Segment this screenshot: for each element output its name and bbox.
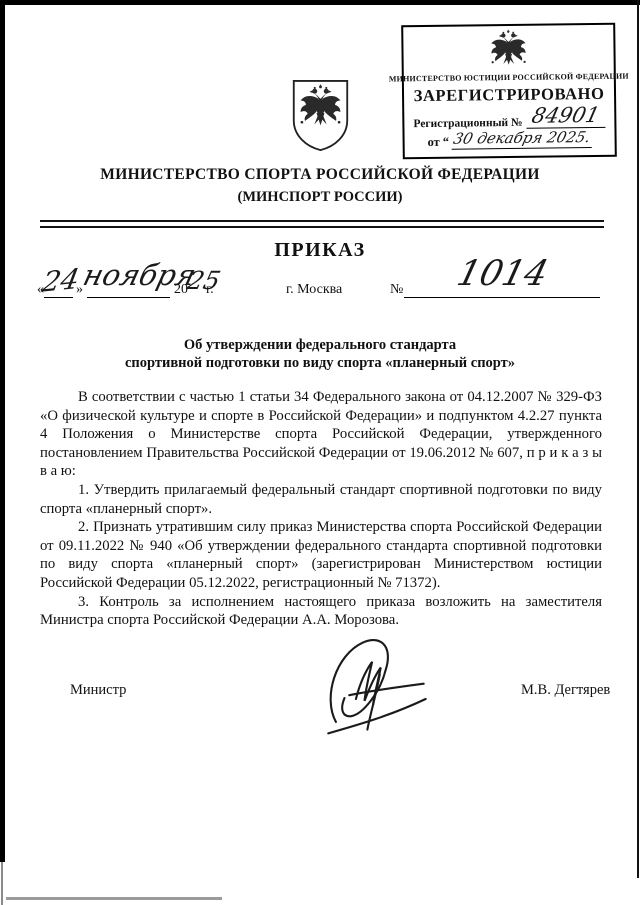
- stamp-date-label: от “: [427, 135, 449, 150]
- body-item-2: 2. Признать утратившим силу приказ Минис…: [40, 518, 602, 592]
- order-body: В соответствии с частью 1 статьи 34 Феде…: [40, 388, 602, 630]
- ministry-name: МИНИСТЕРСТВО СПОРТА РОССИЙСКОЙ ФЕДЕРАЦИИ: [0, 166, 640, 184]
- header-divider: [40, 220, 604, 228]
- body-item-1: 1. Утвердить прилагаемый федеральный ста…: [40, 481, 602, 518]
- stamp-agency-name: МИНИСТЕРСТВО ЮСТИЦИИ РОССИЙСКОЙ ФЕДЕРАЦИ…: [389, 72, 629, 84]
- justice-registration-stamp: МИНИСТЕРСТВО ЮСТИЦИИ РОССИЙСКОЙ ФЕДЕРАЦИ…: [401, 23, 617, 160]
- place-city: г. Москва: [286, 282, 342, 298]
- scan-edge-right: [637, 0, 639, 878]
- year-suffix: г.: [206, 282, 214, 298]
- order-subject-line2: спортивной подготовки по виду спорта «пл…: [0, 355, 640, 373]
- ministry-short-name: (МИНСПОРТ РОССИИ): [0, 189, 640, 206]
- document-page: МИНИСТЕРСТВО ЮСТИЦИИ РОССИЙСКОЙ ФЕДЕРАЦИ…: [0, 0, 640, 905]
- scan-edge-bottom: [6, 897, 222, 900]
- order-subject-line1: Об утверждении федерального стандарта: [0, 337, 640, 355]
- scan-edge-left: [0, 0, 5, 862]
- russia-coat-of-arms-icon: [291, 78, 350, 159]
- stamp-date-handwritten: 30 декабря 2025.: [451, 130, 591, 147]
- year-handwritten: 25: [184, 266, 223, 295]
- body-item-3: 3. Контроль за исполнением настоящего пр…: [40, 593, 602, 630]
- stamp-reg-number-handwritten: 84901: [530, 106, 601, 125]
- scan-edge-left-tail: [1, 862, 3, 905]
- justice-coat-of-arms-icon: [488, 29, 529, 72]
- signer-name: М.В. Дегтярев: [521, 682, 610, 699]
- minister-signature: [318, 636, 433, 746]
- scan-edge-top: [0, 0, 640, 5]
- signer-position: Министр: [70, 682, 126, 699]
- order-subject: Об утверждении федерального стандарта сп…: [0, 337, 640, 372]
- body-intro: В соответствии с частью 1 статьи 34 Феде…: [40, 388, 602, 481]
- number-handwritten: 1014: [453, 254, 552, 294]
- number-sign: №: [390, 282, 403, 298]
